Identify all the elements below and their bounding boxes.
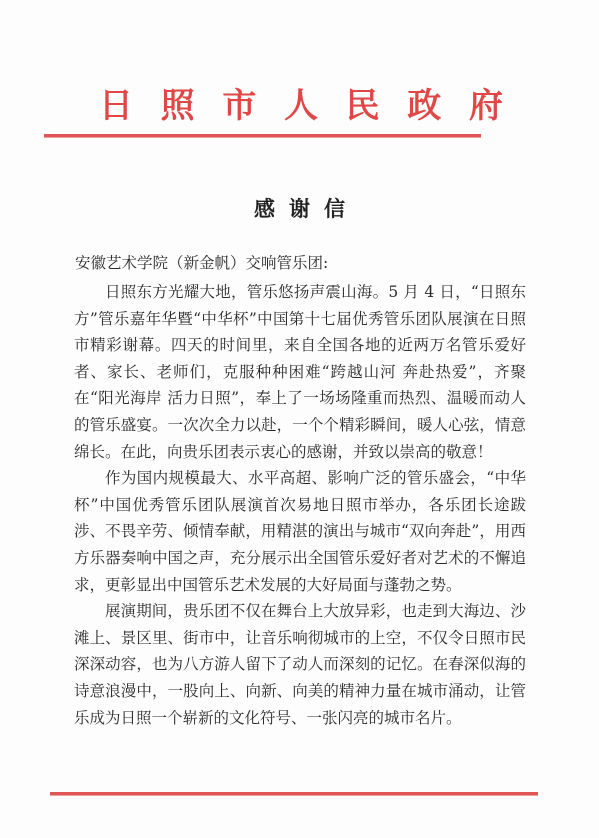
org-char: 照 (158, 86, 198, 126)
footer-divider (50, 792, 538, 796)
salutation: 安徽艺术学院（新金帆）交响管乐团: (75, 250, 328, 276)
organization-header: 日 照 市 人 民 政 府 (96, 86, 506, 126)
document-title: 感谢信 (0, 196, 599, 222)
body-paragraph: 作为国内规模最大、水平高超、影响广泛的管乐盛会，“中华杯”中国优秀管乐团队展演首… (74, 465, 526, 598)
body-paragraph: 展演期间，贵乐团不仅在舞台上大放异彩，也走到大海边、沙滩上、景区里、街市中，让音… (74, 598, 526, 731)
letter-page: 日 照 市 人 民 政 府 感谢信 安徽艺术学院（新金帆）交响管乐团: 日照东方… (0, 0, 599, 838)
header-divider (44, 134, 481, 138)
org-char: 府 (466, 86, 506, 126)
org-char: 市 (219, 86, 259, 126)
org-char: 日 (96, 86, 136, 126)
org-char: 政 (404, 86, 444, 126)
body-paragraph: 日照东方光耀大地，管乐悠扬声震山海。5 月 4 日，“日照东方”管乐嘉年华暨“中… (74, 279, 526, 465)
letter-body: 日照东方光耀大地，管乐悠扬声震山海。5 月 4 日，“日照东方”管乐嘉年华暨“中… (74, 279, 526, 731)
org-char: 人 (281, 86, 321, 126)
org-char: 民 (343, 86, 383, 126)
